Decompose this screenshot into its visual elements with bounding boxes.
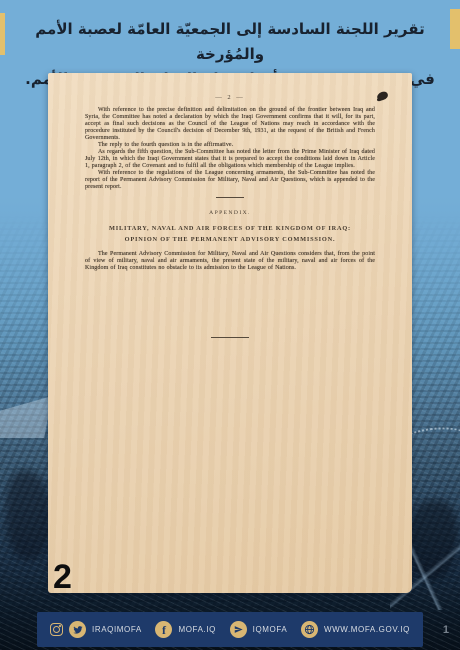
instagram-icon[interactable] bbox=[50, 623, 63, 636]
gold-accent-right bbox=[450, 9, 460, 49]
footer-social-bar: IRAQIMOFA f MOFA.IQ IQMOFA WWW.MOFA.GOV.… bbox=[37, 612, 423, 647]
document-text-block: With reference to the precise definition… bbox=[85, 107, 375, 338]
social-group-mofa-iq[interactable]: f MOFA.IQ bbox=[155, 621, 216, 638]
social-group-website[interactable]: WWW.MOFA.GOV.IQ bbox=[301, 621, 410, 638]
document-page-header: — 2 — bbox=[48, 73, 412, 101]
post-page-number: 1 bbox=[443, 624, 449, 636]
social-group-iraqimofa[interactable]: IRAQIMOFA bbox=[50, 621, 142, 638]
appendix-paragraph: The Permanent Advisory Commission for Mi… bbox=[85, 251, 375, 272]
appendix-title-line1: MILITARY, NAVAL AND AIR FORCES OF THE KI… bbox=[85, 225, 375, 232]
social-handle-label: WWW.MOFA.GOV.IQ bbox=[324, 625, 410, 634]
telegram-icon[interactable] bbox=[230, 621, 247, 638]
document-paragraph: With reference to the precise definition… bbox=[85, 107, 375, 142]
globe-icon[interactable] bbox=[301, 621, 318, 638]
document-paragraph: The reply to the fourth question is in t… bbox=[85, 142, 375, 149]
document-scan: — 2 — With reference to the precise defi… bbox=[48, 73, 412, 593]
document-paragraph: With reference to the regulations of the… bbox=[85, 170, 375, 191]
appendix-title-line2: OPINION OF THE PERMANENT ADVISORY COMMIS… bbox=[85, 236, 375, 243]
gold-accent-left bbox=[0, 13, 5, 55]
document-divider-bottom bbox=[211, 337, 249, 338]
twitter-icon[interactable] bbox=[69, 621, 86, 638]
social-handle-label: MOFA.IQ bbox=[178, 625, 216, 634]
social-handle-label: IQMOFA bbox=[253, 625, 288, 634]
appendix-label: APPENDIX. bbox=[85, 210, 375, 216]
social-group-iqmofa[interactable]: IQMOFA bbox=[230, 621, 288, 638]
document-paragraph: As regards the fifth question, the Sub-C… bbox=[85, 149, 375, 170]
document-page: — 2 — With reference to the precise defi… bbox=[48, 73, 412, 593]
social-handle-label: IRAQIMOFA bbox=[92, 625, 142, 634]
arabic-headline-line1: تقرير اللجنة السادسة إلى الجمعيّة العامّ… bbox=[20, 17, 440, 67]
document-corner-number: 2 bbox=[53, 561, 72, 593]
document-divider bbox=[216, 197, 244, 198]
facebook-icon[interactable]: f bbox=[155, 621, 172, 638]
